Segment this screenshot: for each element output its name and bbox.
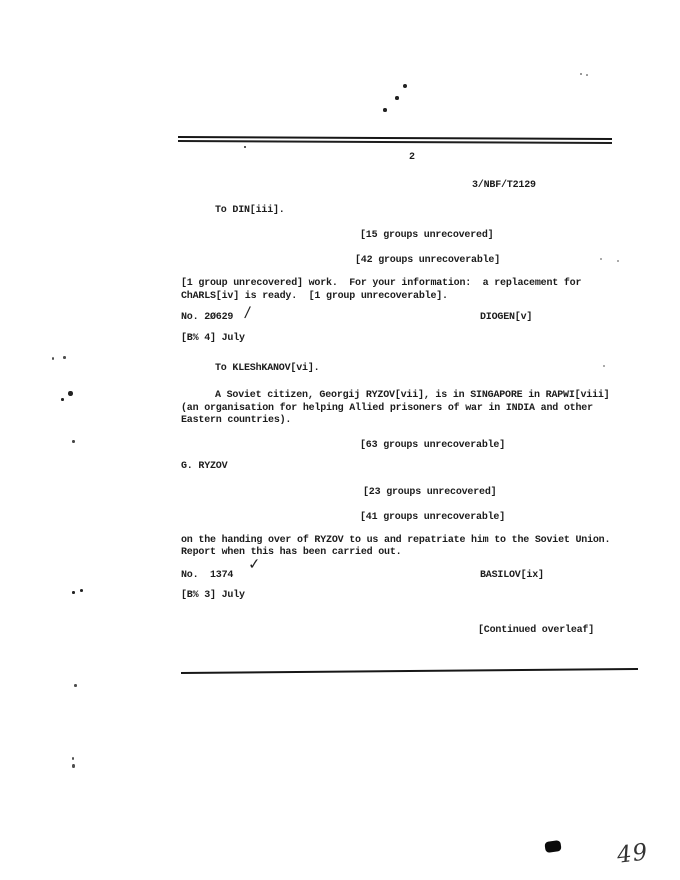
scan-speck <box>74 684 77 687</box>
message1-group-note: [42 groups unrecoverable] <box>355 255 500 267</box>
scan-speck <box>72 764 75 768</box>
message1-body-line: [1 group unrecovered] work. For your inf… <box>181 278 581 290</box>
handwritten-check-mark: ✓ <box>247 555 261 574</box>
continued-note: [Continued overleaf] <box>478 625 594 637</box>
message2-group-note: [23 groups unrecovered] <box>363 487 496 499</box>
scan-speck <box>395 96 399 100</box>
message2-group-note: [63 groups unrecoverable] <box>360 440 505 452</box>
message2-group-note: [41 groups unrecoverable] <box>360 512 505 524</box>
scan-speck <box>580 73 582 75</box>
top-double-rule <box>178 136 612 144</box>
scan-speck <box>72 591 75 594</box>
scan-speck <box>52 357 54 360</box>
scan-speck <box>63 356 66 359</box>
scan-speck <box>617 260 619 262</box>
handwritten-check-mark: / <box>244 303 252 322</box>
message2-body-line: (an organisation for helping Allied pris… <box>181 403 593 415</box>
message2-sender-name: G. RYZOV <box>181 461 227 473</box>
scan-speck <box>600 258 602 260</box>
message1-date-line: [B% 4] July <box>181 333 245 345</box>
message2-closing-line: Report when this has been carried out. <box>181 547 401 559</box>
scan-speck <box>72 440 75 443</box>
scan-speck <box>586 74 588 76</box>
scan-speck <box>68 391 73 396</box>
scan-speck <box>72 757 74 760</box>
message2-date-line: [B% 3] July <box>181 590 245 602</box>
message2-to-line: To KLEShKANOV[vi]. <box>215 363 319 375</box>
scan-speck <box>403 84 407 88</box>
handwritten-page-number: 49 <box>616 839 650 869</box>
message2-body-line: A Soviet citizen, Georgij RYZOV[vii], is… <box>215 390 609 402</box>
scan-speck <box>383 108 387 112</box>
message2-number-line: No. 1374 <box>181 570 233 582</box>
message1-to-line: To DIN[iii]. <box>215 205 285 217</box>
message2-body-line: Eastern countries). <box>181 415 291 427</box>
page-number: 2 <box>409 152 415 164</box>
ink-blob <box>544 840 561 853</box>
scan-speck <box>244 146 246 148</box>
message1-body-line: ChARLS[iv] is ready. [1 group unrecovera… <box>181 291 448 303</box>
message1-number-line: No. 2Ø629 <box>181 312 233 324</box>
message2-closing-line: on the handing over of RYZOV to us and r… <box>181 535 610 547</box>
scan-speck <box>603 365 605 367</box>
message1-group-note: [15 groups unrecovered] <box>360 230 493 242</box>
message2-signature: BASILOV[ix] <box>480 570 544 582</box>
message1-signature: DIOGEN[v] <box>480 312 532 324</box>
bottom-rule <box>181 668 638 674</box>
scan-speck <box>61 398 64 401</box>
scanned-document-page: 2 3/NBF/T2129 To DIN[iii]. [15 groups un… <box>0 0 680 880</box>
reference-number: 3/NBF/T2129 <box>472 180 536 192</box>
scan-speck <box>80 589 83 592</box>
